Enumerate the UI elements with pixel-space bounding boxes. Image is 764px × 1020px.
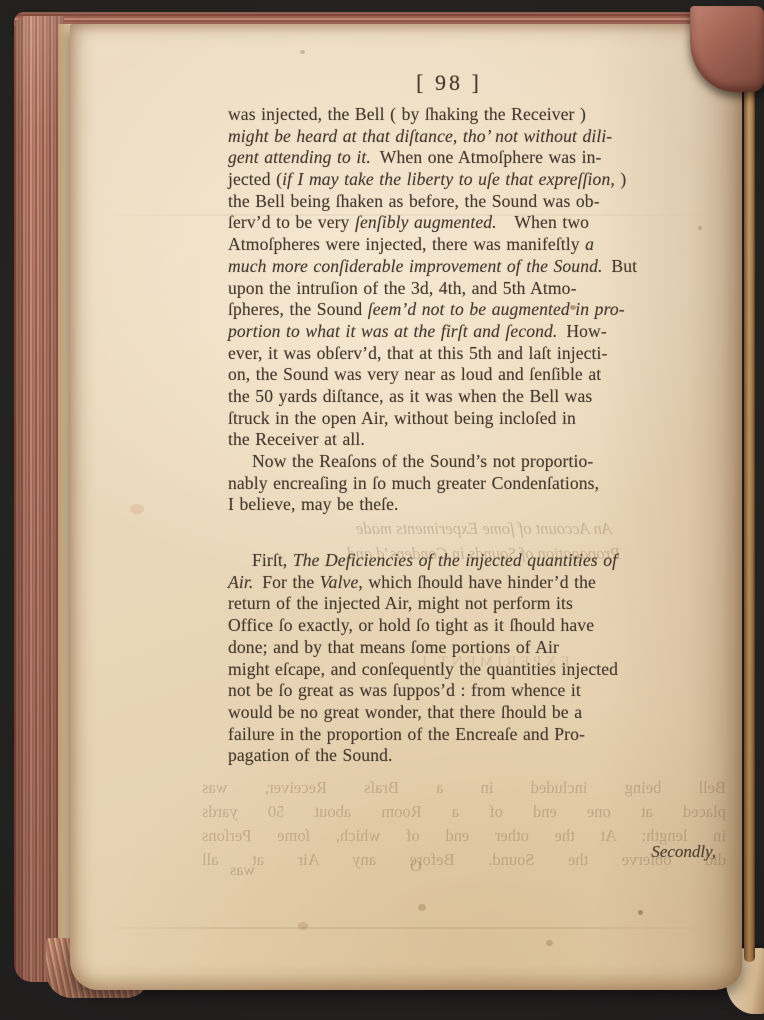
text-line: failure in the proportion of the Encreaſ… <box>228 724 652 746</box>
roman-text-segment: jected ( <box>228 169 282 189</box>
text-line: portion to what it was at the firſt and … <box>228 321 652 343</box>
paragraph: Now the Reaſons of the Sound’s not propo… <box>228 451 652 516</box>
roman-text-segment: nably encreaſing in ſo much greater Cond… <box>228 473 599 493</box>
foxing-spot <box>638 910 643 915</box>
italic-text-segment: portion to what it was at the firſt and … <box>228 321 557 341</box>
roman-text-segment: For the <box>253 572 319 592</box>
paragraph: Firſt, The Deficiencies of the injected … <box>228 550 652 767</box>
roman-text-segment: When one Atmoſphere was in- <box>371 147 602 167</box>
text-line: nably encreaſing in ſo much greater Cond… <box>228 473 652 495</box>
roman-text-segment: Firſt, <box>252 550 293 570</box>
text-line: ſtruck in the open Air, without being in… <box>228 408 652 430</box>
roman-text-segment: the 50 yards diſtance, as it was when th… <box>228 386 592 406</box>
showthrough-line: placed at one end of a Room about 50 yar… <box>202 800 726 824</box>
text-line: Air. For the Valve, which ſhould have hi… <box>228 572 652 594</box>
italic-text-segment: Valve <box>320 572 359 592</box>
roman-text-segment: Office ſo exactly, or hold ſo tight as i… <box>228 615 594 635</box>
text-line: ſpheres, the Sound ſeem’d not to be augm… <box>228 299 652 321</box>
text-line: the 50 yards diſtance, as it was when th… <box>228 386 652 408</box>
roman-text-segment: How- <box>557 321 606 341</box>
text-line: pagation of the Sound. <box>228 745 652 767</box>
foxing-spot <box>418 904 426 911</box>
showthrough-catchword: was <box>230 862 255 880</box>
roman-text-segment: Atmoſpheres were injected, there was man… <box>228 234 585 254</box>
page-number: [ 98 ] <box>228 70 652 96</box>
roman-text-segment: ſerv’d to be very <box>228 212 355 232</box>
foxing-spot <box>130 504 144 514</box>
text-line: might eſcape, and conſequently the quant… <box>228 659 652 681</box>
roman-text-segment: failure in the proportion of the Encreaſ… <box>228 724 585 744</box>
showthrough-paragraph-fragment: Bell being included in a Braſs Receiver,… <box>202 776 726 872</box>
text-line: Firſt, The Deficiencies of the injected … <box>228 550 652 572</box>
roman-text-segment: I believe, may be theſe. <box>228 494 399 514</box>
roman-text-segment: , which ſhould have hinder’d the <box>358 572 596 592</box>
text-line: ever, it was obſerv’d, that at this 5th … <box>228 343 652 365</box>
roman-text-segment: upon the intruſion of the 3d, 4th, and 5… <box>228 278 577 298</box>
roman-text-segment: not be ſo great as was ſuppos’d : from w… <box>228 680 581 700</box>
text-line: upon the intruſion of the 3d, 4th, and 5… <box>228 278 652 300</box>
roman-text-segment: Now the Reaſons of the Sound’s not propo… <box>252 451 593 471</box>
text-line: jected (if I may take the liberty to uſe… <box>228 169 652 191</box>
text-line: I believe, may be theſe. <box>228 494 652 516</box>
text-line: was injected, the Bell ( by ſhaking the … <box>228 104 652 126</box>
text-line: the Bell being ſhaken as before, the Sou… <box>228 191 652 213</box>
text-line: might be heard at that diſtance, tho’ no… <box>228 126 652 148</box>
page-crease <box>97 927 715 929</box>
text-line: not be ſo great as was ſuppos’d : from w… <box>228 680 652 702</box>
roman-text-segment: ever, it was obſerv’d, that at this 5th … <box>228 343 607 363</box>
foxing-spot <box>546 940 553 946</box>
text-line: done; and by that means ſome portions of… <box>228 637 652 659</box>
roman-text-segment: on, the Sound was very near as loud and … <box>228 364 601 384</box>
roman-text-segment: ) <box>615 169 626 189</box>
roman-text-segment: done; and by that means ſome portions of… <box>228 637 559 657</box>
text-line: Atmoſpheres were injected, there was man… <box>228 234 652 256</box>
showthrough-line: Bell being included in a Braſs Receiver,… <box>202 776 726 800</box>
book-page: An Account of ſome Experiments madePropa… <box>70 24 742 990</box>
text-line: Office ſo exactly, or hold ſo tight as i… <box>228 615 652 637</box>
italic-text-segment: gent attending to it. <box>228 147 371 167</box>
roman-text-segment: ſtruck in the open Air, without being in… <box>228 408 576 428</box>
page-gutter-curl <box>744 48 755 962</box>
roman-text-segment: would be no great wonder, that there ſho… <box>228 702 582 722</box>
text-block: was injected, the Bell ( by ſhaking the … <box>228 104 652 767</box>
italic-text-segment: ſenſibly augmented. <box>355 212 497 232</box>
italic-text-segment: if I may take the liberty to uſe that ex… <box>282 169 615 189</box>
text-line: Now the Reaſons of the Sound’s not propo… <box>228 451 652 473</box>
catchword: Secondly, <box>651 842 716 862</box>
text-line: on, the Sound was very near as loud and … <box>228 364 652 386</box>
showthrough-line: did obſerve the Sound. Before any Air at… <box>202 848 726 872</box>
italic-text-segment: The Deficiencies of the injected quantit… <box>293 550 617 570</box>
roman-text-segment: the Receiver at all. <box>228 429 365 449</box>
text-line: return of the injected Air, might not pe… <box>228 593 652 615</box>
book-left-page-edges <box>14 16 64 982</box>
foxing-spot <box>298 922 308 930</box>
italic-text-segment: ſeem’d not to be augmented in pro- <box>368 299 625 319</box>
foxing-spot <box>300 50 305 54</box>
text-line: ſerv’d to be very ſenſibly augmented. Wh… <box>228 212 652 234</box>
roman-text-segment: But <box>603 256 638 276</box>
paragraph: was injected, the Bell ( by ſhaking the … <box>228 104 652 451</box>
photo-background: An Account of ſome Experiments madePropa… <box>0 0 764 1020</box>
text-line: the Receiver at all. <box>228 429 652 451</box>
text-line: would be no great wonder, that there ſho… <box>228 702 652 724</box>
italic-text-segment: Air. <box>228 572 253 592</box>
text-line: gent attending to it. When one Atmoſpher… <box>228 147 652 169</box>
italic-text-segment: might be heard at that diſtance, tho’ no… <box>228 126 612 146</box>
roman-text-segment: return of the injected Air, might not pe… <box>228 593 573 613</box>
roman-text-segment: might eſcape, and conſequently the quant… <box>228 659 618 679</box>
roman-text-segment: When two <box>497 212 589 232</box>
roman-text-segment: the Bell being ſhaken as before, the Sou… <box>228 191 600 211</box>
roman-text-segment: was injected, the Bell ( by ſhaking the … <box>228 104 586 124</box>
roman-text-segment: ſpheres, the Sound <box>228 299 368 319</box>
italic-text-segment: much more conſiderable improvement of th… <box>228 256 603 276</box>
italic-text-segment: a <box>585 234 594 254</box>
text-line: much more conſiderable improvement of th… <box>228 256 652 278</box>
roman-text-segment: pagation of the Sound. <box>228 745 393 765</box>
showthrough-signature-mark: O <box>410 858 422 876</box>
showthrough-line: in length: At the other end of which, ſo… <box>202 824 726 848</box>
foxing-spot <box>698 226 702 230</box>
